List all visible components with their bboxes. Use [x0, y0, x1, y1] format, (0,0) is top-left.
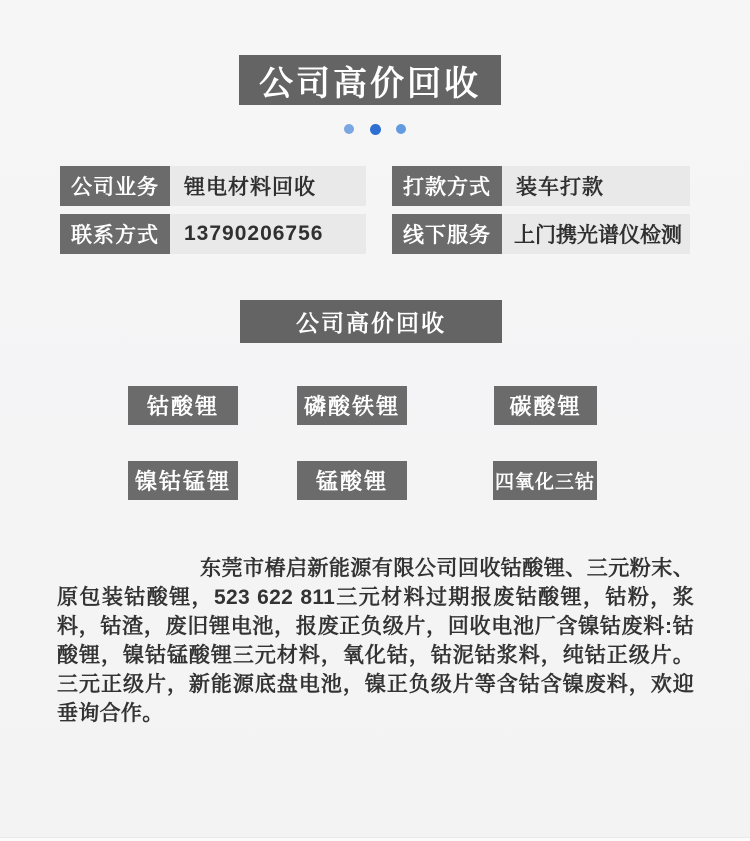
page-bottom-divider [0, 837, 750, 841]
tag-cobalt-tetroxide: 四氧化三钴 [493, 461, 597, 500]
info-label-payment: 打款方式 [392, 166, 502, 206]
info-label-business: 公司业务 [60, 166, 170, 206]
tag-nickel-cobalt-manganese-lithium: 镍钴锰锂 [128, 461, 238, 500]
section-title-banner: 公司高价回收 [240, 300, 502, 343]
info-label-offline-service: 线下服务 [392, 214, 502, 254]
promo-page: 公司高价回收 公司业务 锂电材料回收 打款方式 装车打款 联系方式 137902… [0, 0, 750, 841]
info-value-business: 锂电材料回收 [170, 166, 366, 206]
info-value-payment: 装车打款 [502, 166, 690, 206]
page-title-banner: 公司高价回收 [239, 55, 501, 105]
tag-lithium-manganate: 锰酸锂 [297, 461, 407, 500]
info-value-offline-service: 上门携光谱仪检测 [502, 214, 690, 254]
tag-lithium-cobaltate: 钴酸锂 [128, 386, 238, 425]
carousel-dot-icon [396, 124, 406, 134]
company-description: 东莞市椿启新能源有限公司回收钴酸锂、三元粉末、原包装钴酸锂，523 622 81… [57, 554, 694, 728]
carousel-dot-icon [344, 124, 354, 134]
carousel-dot-active-icon [370, 124, 381, 135]
carousel-dots [344, 122, 406, 136]
info-label-contact: 联系方式 [60, 214, 170, 254]
info-value-phone-number: 13790206756 [170, 214, 366, 254]
tag-lithium-carbonate: 碳酸锂 [494, 386, 597, 425]
tag-lithium-iron-phosphate: 磷酸铁锂 [297, 386, 407, 425]
